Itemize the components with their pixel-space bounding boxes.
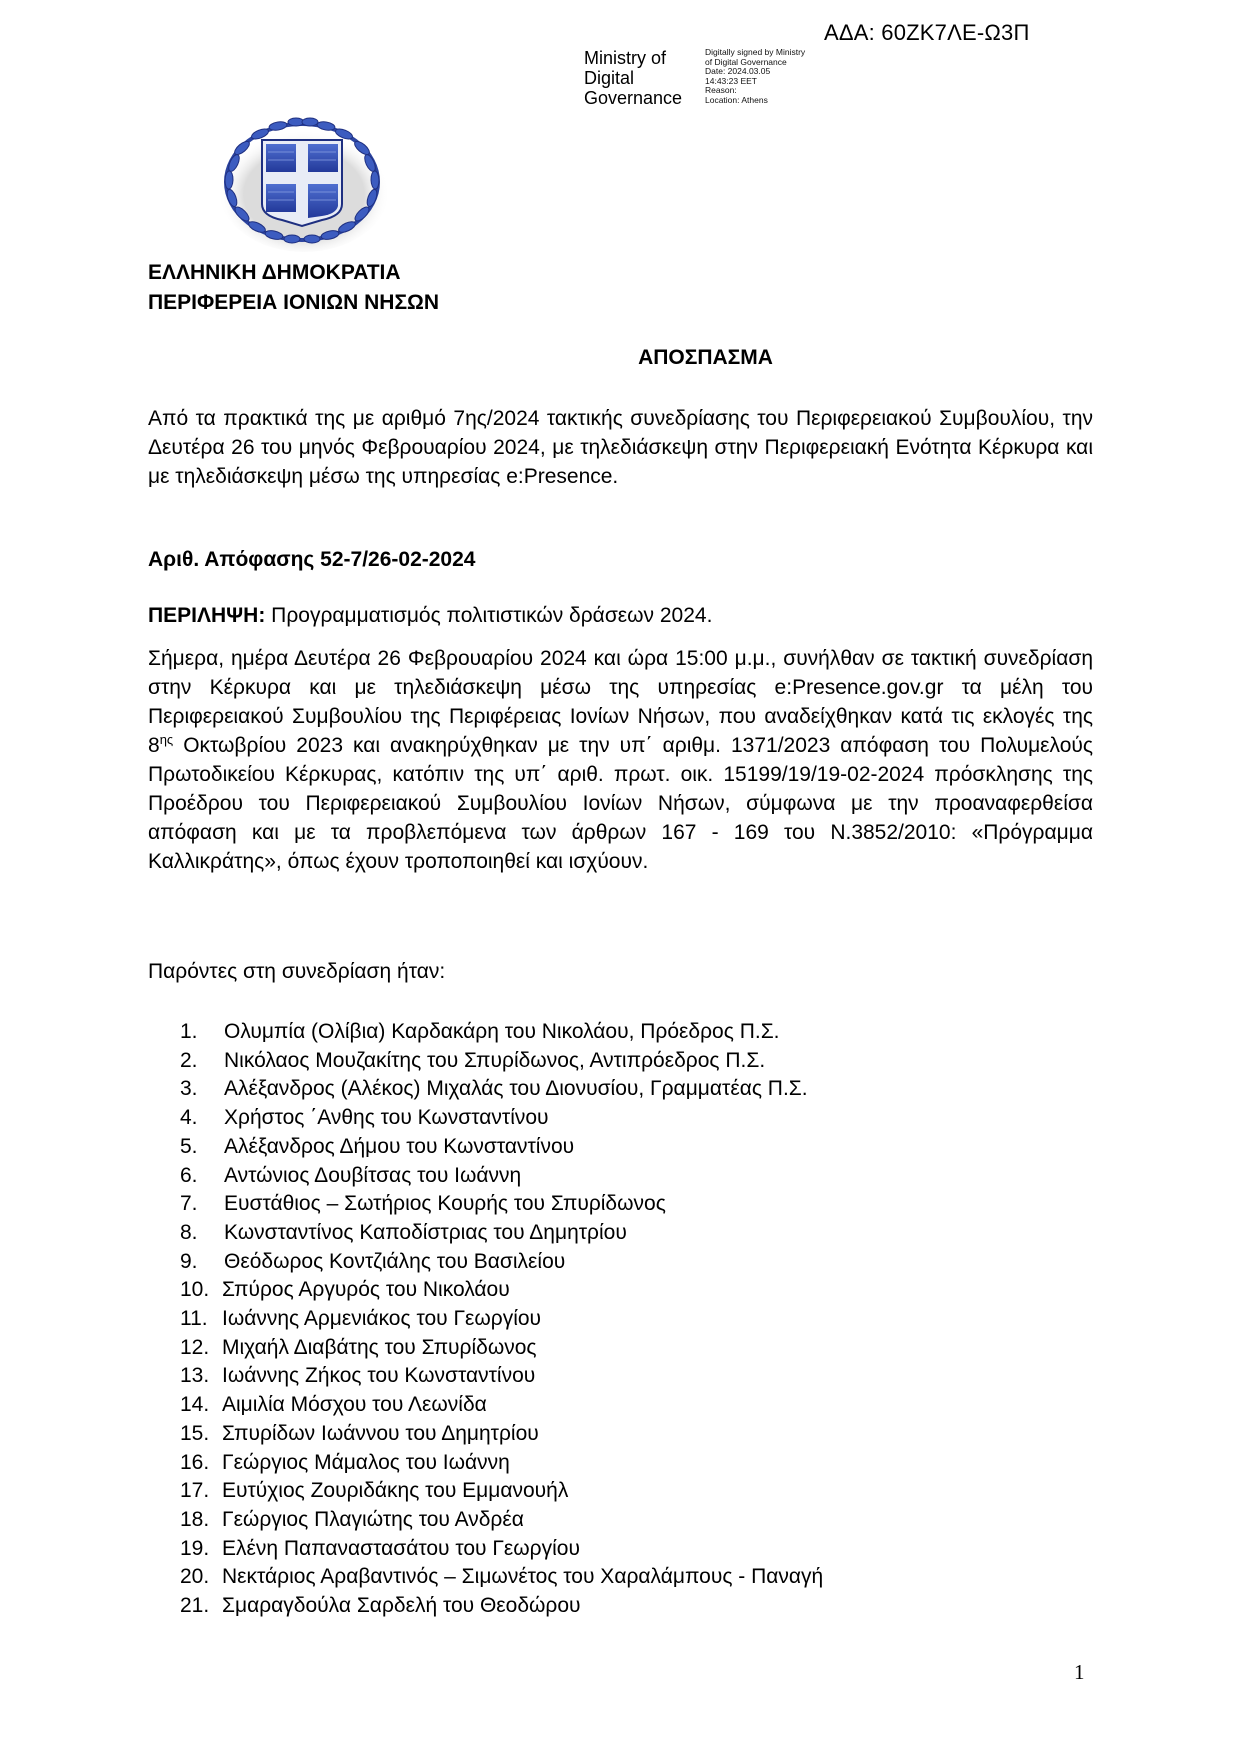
present-label: Παρόντες στη συνεδρίαση ήταν: [148,960,445,984]
document-title: ΑΠΟΣΠΑΣΜΑ [0,346,1241,370]
member-item: 15.Σπυρίδων Ιωάννου του Δημητρίου [180,1420,823,1449]
member-item: 4.Χρήστος ΄Ανθης του Κωνσταντίνου [180,1104,823,1133]
member-item: 18.Γεώργιος Πλαγιώτης του Ανδρέα [180,1506,823,1535]
body-text-part2: Οκτωβρίου 2023 και ανακηρύχθηκαν με την … [148,734,1093,873]
member-number: 5. [180,1133,224,1162]
member-number: 11. [180,1305,222,1334]
member-number: 16. [180,1449,222,1478]
body-paragraph: Σήμερα, ημέρα Δευτέρα 26 Φεβρουαρίου 202… [148,644,1093,876]
member-name: Νικόλαος Μουζακίτης του Σπυρίδωνος, Αντι… [224,1047,765,1076]
member-number: 10. [180,1276,222,1305]
member-number: 21. [180,1592,222,1621]
member-name: Ολυμπία (Ολίβια) Καρδακάρη του Νικολάου,… [224,1018,780,1047]
page-number: 1 [1074,1660,1085,1685]
member-item: 17.Ευτύχιος Ζουριδάκης του Εμμανουήλ [180,1477,823,1506]
member-name: Αιμιλία Μόσχου του Λεωνίδα [222,1391,487,1420]
member-item: 19.Ελένη Παπαναστασάτου του Γεωργίου [180,1535,823,1564]
ada-code: ΑΔΑ: 60ΖΚ7ΛΕ-Ω3Π [824,20,1030,46]
member-number: 8. [180,1219,224,1248]
member-number: 1. [180,1018,224,1047]
member-name: Σπύρος Αργυρός του Νικολάου [222,1276,510,1305]
member-item: 14.Αιμιλία Μόσχου του Λεωνίδα [180,1391,823,1420]
greek-coat-of-arms-icon [212,108,392,256]
member-number: 12. [180,1334,222,1363]
member-name: Αλέξανδρος Δήμου του Κωνσταντίνου [224,1133,574,1162]
member-number: 15. [180,1420,222,1449]
member-item: 6.Αντώνιος Δουβίτσας του Ιωάννη [180,1162,823,1191]
member-name: Ιωάννης Αρμενιάκος του Γεωργίου [222,1305,541,1334]
member-name: Αντώνιος Δουβίτσας του Ιωάννη [224,1162,521,1191]
member-number: 4. [180,1104,224,1133]
member-number: 2. [180,1047,224,1076]
member-number: 3. [180,1075,224,1104]
signature-detail-line: Location: Athens [705,96,805,106]
member-name: Ιωάννης Ζήκος του Κωνσταντίνου [222,1362,535,1391]
signature-org-line: Ministry of [584,48,682,68]
member-name: Ελένη Παπαναστασάτου του Γεωργίου [222,1535,580,1564]
member-item: 13.Ιωάννης Ζήκος του Κωνσταντίνου [180,1362,823,1391]
member-number: 18. [180,1506,222,1535]
member-number: 7. [180,1190,224,1219]
member-number: 17. [180,1477,222,1506]
signature-org-line: Digital [584,68,682,88]
issuer-header: ΕΛΛΗΝΙΚΗ ΔΗΜΟΚΡΑΤΙΑ ΠΕΡΙΦΕΡΕΙΑ ΙΟΝΙΩΝ ΝΗ… [148,258,439,318]
member-name: Ευστάθιος – Σωτήριος Κουρής του Σπυρίδων… [224,1190,666,1219]
header-region: ΠΕΡΙΦΕΡΕΙΑ ΙΟΝΙΩΝ ΝΗΣΩΝ [148,288,439,318]
summary: ΠΕΡΙΛΗΨΗ: Προγραμματισμός πολιτιστικών δ… [148,604,712,628]
member-item: 1.Ολυμπία (Ολίβια) Καρδακάρη του Νικολάο… [180,1018,823,1047]
signature-organization: Ministry of Digital Governance [584,48,682,108]
intro-paragraph: Από τα πρακτικά της με αριθμό 7ης/2024 τ… [148,404,1093,491]
member-item: 20.Νεκτάριος Αραβαντινός – Σιμωνέτος του… [180,1563,823,1592]
member-number: 9. [180,1248,224,1277]
member-item: 2.Νικόλαος Μουζακίτης του Σπυρίδωνος, Αν… [180,1047,823,1076]
member-name: Γεώργιος Μάμαλος του Ιωάννη [222,1449,510,1478]
members-list: 1.Ολυμπία (Ολίβια) Καρδακάρη του Νικολάο… [180,1018,823,1621]
member-name: Σπυρίδων Ιωάννου του Δημητρίου [222,1420,539,1449]
member-item: 3.Αλέξανδρος (Αλέκος) Μιχαλάς του Διονυσ… [180,1075,823,1104]
member-item: 11.Ιωάννης Αρμενιάκος του Γεωργίου [180,1305,823,1334]
member-name: Νεκτάριος Αραβαντινός – Σιμωνέτος του Χα… [222,1563,823,1592]
member-name: Μιχαήλ Διαβάτης του Σπυρίδωνος [222,1334,537,1363]
member-name: Αλέξανδρος (Αλέκος) Μιχαλάς του Διονυσίο… [224,1075,808,1104]
member-name: Θεόδωρος Κοντζιάλης του Βασιλείου [224,1248,565,1277]
member-name: Σμαραγδούλα Σαρδελή του Θεοδώρου [222,1592,581,1621]
member-item: 7.Ευστάθιος – Σωτήριος Κουρής του Σπυρίδ… [180,1190,823,1219]
member-item: 8.Κωνσταντίνος Καποδίστριας του Δημητρίο… [180,1219,823,1248]
member-name: Γεώργιος Πλαγιώτης του Ανδρέα [222,1506,524,1535]
member-number: 6. [180,1162,224,1191]
member-name: Ευτύχιος Ζουριδάκης του Εμμανουήλ [222,1477,568,1506]
member-item: 5.Αλέξανδρος Δήμου του Κωνσταντίνου [180,1133,823,1162]
header-country: ΕΛΛΗΝΙΚΗ ΔΗΜΟΚΡΑΤΙΑ [148,258,439,288]
member-item: 21.Σμαραγδούλα Σαρδελή του Θεοδώρου [180,1592,823,1621]
ordinal-superscript: ης [160,732,174,747]
digital-signature-details: Digitally signed by Ministry of Digital … [705,48,805,105]
summary-label: ΠΕΡΙΛΗΨΗ: [148,604,265,627]
member-item: 12.Μιχαήλ Διαβάτης του Σπυρίδωνος [180,1334,823,1363]
summary-text: Προγραμματισμός πολιτιστικών δράσεων 202… [265,604,712,627]
member-name: Κωνσταντίνος Καποδίστριας του Δημητρίου [224,1219,627,1248]
member-item: 16.Γεώργιος Μάμαλος του Ιωάννη [180,1449,823,1478]
member-number: 20. [180,1563,222,1592]
member-item: 9.Θεόδωρος Κοντζιάλης του Βασιλείου [180,1248,823,1277]
member-name: Χρήστος ΄Ανθης του Κωνσταντίνου [224,1104,549,1133]
member-number: 13. [180,1362,222,1391]
member-number: 14. [180,1391,222,1420]
member-number: 19. [180,1535,222,1564]
member-item: 10.Σπύρος Αργυρός του Νικολάου [180,1276,823,1305]
signature-org-line: Governance [584,88,682,108]
decision-number: Αριθ. Απόφασης 52-7/26-02-2024 [148,548,475,572]
